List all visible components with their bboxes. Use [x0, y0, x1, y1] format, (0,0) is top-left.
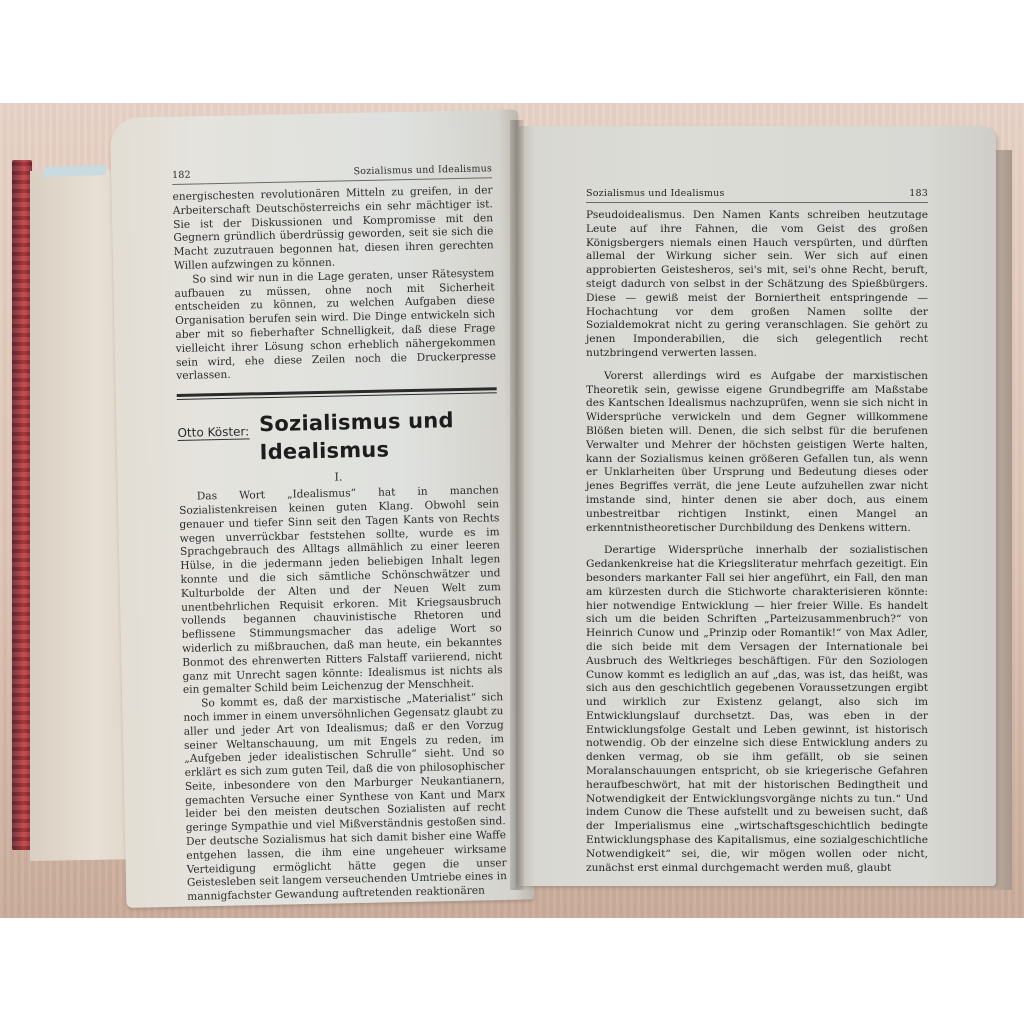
- paragraph: Derartige Widersprüche innerhalb der soz…: [586, 544, 928, 875]
- left-page-content: 182 Sozialismus und Idealismus energisch…: [172, 163, 507, 905]
- article-body: Das Wort „Idealismus“ hat in manchen Soz…: [179, 484, 508, 905]
- section-number: I.: [178, 467, 498, 487]
- right-running-head: Sozialismus und Idealismus 183: [586, 188, 928, 203]
- book-cover-spine-edge: [12, 160, 32, 850]
- article-title: Sozialismus und Idealismus: [259, 405, 498, 466]
- right-page-content: Sozialismus und Idealismus 183 Pseudoide…: [586, 188, 928, 875]
- running-head-title: Sozialismus und Idealismus: [586, 188, 725, 199]
- article-author: Otto Köster:: [177, 425, 249, 441]
- article-header: Otto Köster: Sozialismus und Idealismus: [177, 405, 498, 468]
- article-divider: [177, 387, 497, 400]
- right-page-body: Pseudoidealismus. Den Namen Kants schrei…: [586, 209, 928, 875]
- paragraph: energischesten revolutionären Mitteln zu…: [172, 184, 494, 273]
- paragraph: So sind wir nun in die Lage geraten, uns…: [174, 267, 496, 384]
- paragraph: Pseudoidealismus. Den Namen Kants schrei…: [586, 209, 928, 361]
- preceding-article-text: energischesten revolutionären Mitteln zu…: [172, 184, 496, 384]
- paragraph: Vorerst allerdings wird es Aufgabe der m…: [586, 370, 928, 536]
- paragraph: Das Wort „Idealismus“ hat in manchen Soz…: [179, 484, 503, 698]
- running-head-title: Sozialismus und Idealismus: [353, 163, 492, 177]
- page-number: 182: [172, 170, 191, 181]
- paragraph: So kommt es, daß der marxistische „Mater…: [183, 691, 507, 905]
- book-gutter: [510, 120, 524, 890]
- page-number: 183: [909, 188, 928, 199]
